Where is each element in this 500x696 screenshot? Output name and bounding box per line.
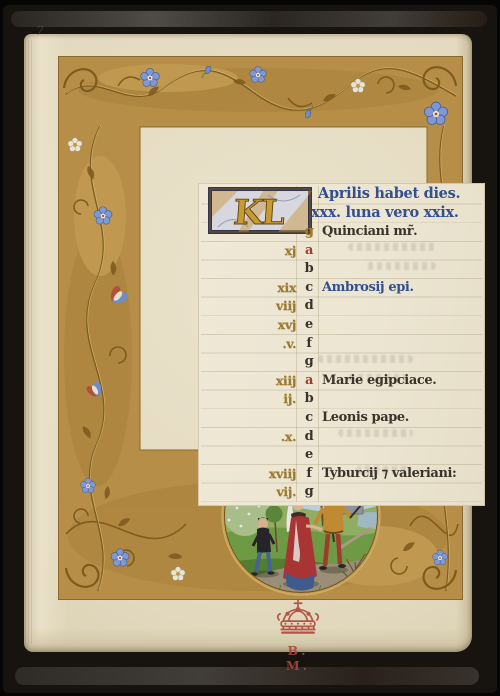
manuscript-photograph: 7 bbox=[0, 0, 500, 696]
dominical-letter: g bbox=[296, 483, 322, 502]
calendar-row: .v.f bbox=[198, 335, 485, 354]
dominical-letter: c bbox=[296, 409, 322, 428]
dominical-letter: d bbox=[296, 297, 322, 316]
calendar-row: xixcAmbrosij epi. bbox=[198, 279, 485, 298]
dominical-letter: d bbox=[296, 428, 322, 447]
feast-entry: Marie egipciace. bbox=[322, 372, 485, 391]
calendar-row: .x.d bbox=[198, 428, 485, 447]
dominical-letter: e bbox=[296, 316, 322, 335]
feast-entry bbox=[322, 316, 485, 335]
crown-icon bbox=[274, 598, 322, 640]
month-header-line1: Aprilis habet dies. bbox=[318, 185, 460, 202]
dominical-letter: f bbox=[296, 465, 322, 484]
golden-number: .v. bbox=[198, 335, 296, 354]
dominical-letter: a bbox=[296, 242, 322, 261]
golden-number bbox=[198, 260, 296, 279]
month-header-line2: xxx. luna vero xxix. bbox=[311, 204, 459, 221]
calendar-row: xiijaMarie egipciace. bbox=[198, 372, 485, 391]
golden-number: xj bbox=[198, 242, 296, 261]
dominical-letter: g bbox=[296, 353, 322, 372]
calendar-row: cLeonis pape. bbox=[198, 409, 485, 428]
dominical-letter: a bbox=[296, 372, 322, 391]
dominical-letter: f bbox=[296, 335, 322, 354]
golden-number bbox=[198, 446, 296, 465]
dominical-letter: b bbox=[296, 260, 322, 279]
feast-entry bbox=[322, 297, 485, 316]
calendar-row: gQuinciani mr̃. bbox=[198, 223, 485, 242]
british-museum-stamp: B. M. bbox=[272, 598, 324, 673]
calendar-row: b bbox=[198, 260, 485, 279]
feast-entry bbox=[322, 353, 485, 372]
golden-number: ij. bbox=[198, 390, 296, 409]
calendar-text-panel: KL Aprilis habet dies. xxx. luna vero xx… bbox=[198, 183, 485, 506]
calendar-row: vij.g bbox=[198, 483, 485, 502]
feast-entry bbox=[322, 428, 485, 447]
feast-entry bbox=[322, 446, 485, 465]
dominical-letter: c bbox=[296, 279, 322, 298]
calendar-row: e bbox=[198, 446, 485, 465]
feast-entry bbox=[322, 242, 485, 261]
calendar-row: ij.b bbox=[198, 390, 485, 409]
calendar-rows: gQuinciani mr̃.xjabxixcAmbrosij epi.viij… bbox=[198, 223, 485, 502]
golden-number: xviij bbox=[198, 465, 296, 484]
feast-entry: Leonis pape. bbox=[322, 409, 485, 428]
dominical-letter: e bbox=[296, 446, 322, 465]
dominical-letter: b bbox=[296, 390, 322, 409]
feast-entry bbox=[322, 260, 485, 279]
feast-entry bbox=[322, 335, 485, 354]
golden-number: .x. bbox=[198, 428, 296, 447]
golden-number bbox=[198, 223, 296, 242]
golden-number: vij. bbox=[198, 483, 296, 502]
illuminated-border: KL Aprilis habet dies. xxx. luna vero xx… bbox=[58, 56, 463, 600]
calendar-row: xviijfTyburcij ⁊ valeriani: bbox=[198, 465, 485, 484]
pencil-foliation-mark: 7 bbox=[36, 24, 44, 38]
feast-entry bbox=[322, 390, 485, 409]
stamp-label: B. M. bbox=[272, 643, 324, 673]
golden-number: viij bbox=[198, 297, 296, 316]
golden-number bbox=[198, 353, 296, 372]
calendar-row: xvje bbox=[198, 316, 485, 335]
page-edge-lines bbox=[25, 40, 34, 644]
calendar-row: xja bbox=[198, 242, 485, 261]
golden-number: xvj bbox=[198, 316, 296, 335]
feast-entry: Quinciani mr̃. bbox=[322, 223, 485, 242]
feast-entry bbox=[322, 483, 485, 502]
golden-number: xiij bbox=[198, 372, 296, 391]
golden-number bbox=[198, 409, 296, 428]
feast-entry: Tyburcij ⁊ valeriani: bbox=[322, 465, 485, 484]
feast-entry: Ambrosij epi. bbox=[322, 279, 485, 298]
dominical-letter: g bbox=[296, 223, 322, 242]
golden-number: xix bbox=[198, 279, 296, 298]
calendar-row: viijd bbox=[198, 297, 485, 316]
calendar-row: g bbox=[198, 353, 485, 372]
